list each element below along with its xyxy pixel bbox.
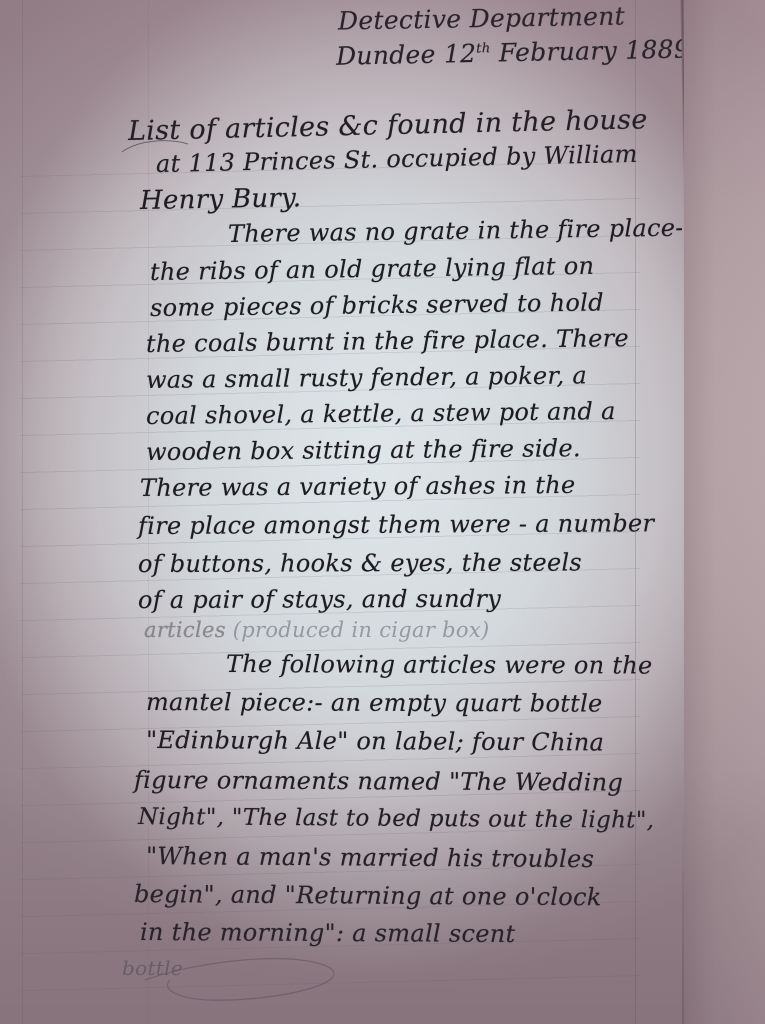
para2-line-5: Night", "The last to bed puts out the li… — [138, 804, 654, 834]
para2-line-7: begin", and "Returning at one o'clock — [134, 880, 602, 911]
para2-line-2: mantel piece:- an empty quart bottle — [146, 688, 603, 718]
para2-line-1: The following articles were on the — [226, 650, 653, 679]
left-margin-rule — [22, 0, 23, 1024]
para1-line-3: some pieces of bricks served to hold — [150, 288, 604, 322]
pencil-annotation: (produced in cigar box) — [233, 618, 490, 642]
header-place-date: Dundee 12th February 1889. — [336, 34, 682, 71]
title-line-3: Henry Bury. — [140, 183, 302, 216]
para1-line-11: of a pair of stays, and sundry — [138, 585, 501, 614]
para2-line-4: figure ornaments named "The Wedding — [134, 766, 623, 797]
para1-line-12: articles (produced in cigar box) — [144, 618, 489, 642]
ledger-page: Detective Department Dundee 12th Februar… — [0, 0, 682, 1024]
facing-page — [684, 0, 765, 1024]
day-suffix: th — [476, 41, 491, 56]
para1-line-10: of buttons, hooks & eyes, the steels — [138, 548, 582, 578]
para1-line-7: wooden box sitting at the fire side. — [146, 434, 581, 466]
title-line-2: at 113 Princes St. occupied by William — [156, 140, 638, 178]
para2-line-8: in the morning": a small scent — [140, 918, 516, 948]
para1-line-6: coal shovel, a kettle, a stew pot and a — [146, 397, 616, 430]
para1-line-1: There was no grate in the fire place- — [228, 214, 682, 248]
para2-line-6: "When a man's married his troubles — [146, 842, 594, 873]
month-year-text: February 1889. — [498, 34, 682, 67]
para1-line-5: was a small rusty fender, a poker, a — [146, 361, 587, 394]
articles-word: articles — [144, 618, 226, 642]
para1-line-4: the coals burnt in the fire place. There — [146, 324, 629, 358]
para1-line-9: fire place amongst them were - a number — [138, 509, 654, 540]
place-text: Dundee — [336, 40, 436, 71]
day-text: 12 — [444, 39, 477, 69]
department-text: Detective Department — [338, 1, 625, 35]
header-department: Detective Department — [338, 1, 625, 35]
para2-line-3: "Edinburgh Ale" on label; four China — [146, 726, 604, 756]
para1-line-8: There was a variety of ashes in the — [140, 471, 576, 502]
para1-line-2: the ribs of an old grate lying flat on — [150, 252, 595, 286]
final-word-faint: bottle — [122, 956, 183, 980]
